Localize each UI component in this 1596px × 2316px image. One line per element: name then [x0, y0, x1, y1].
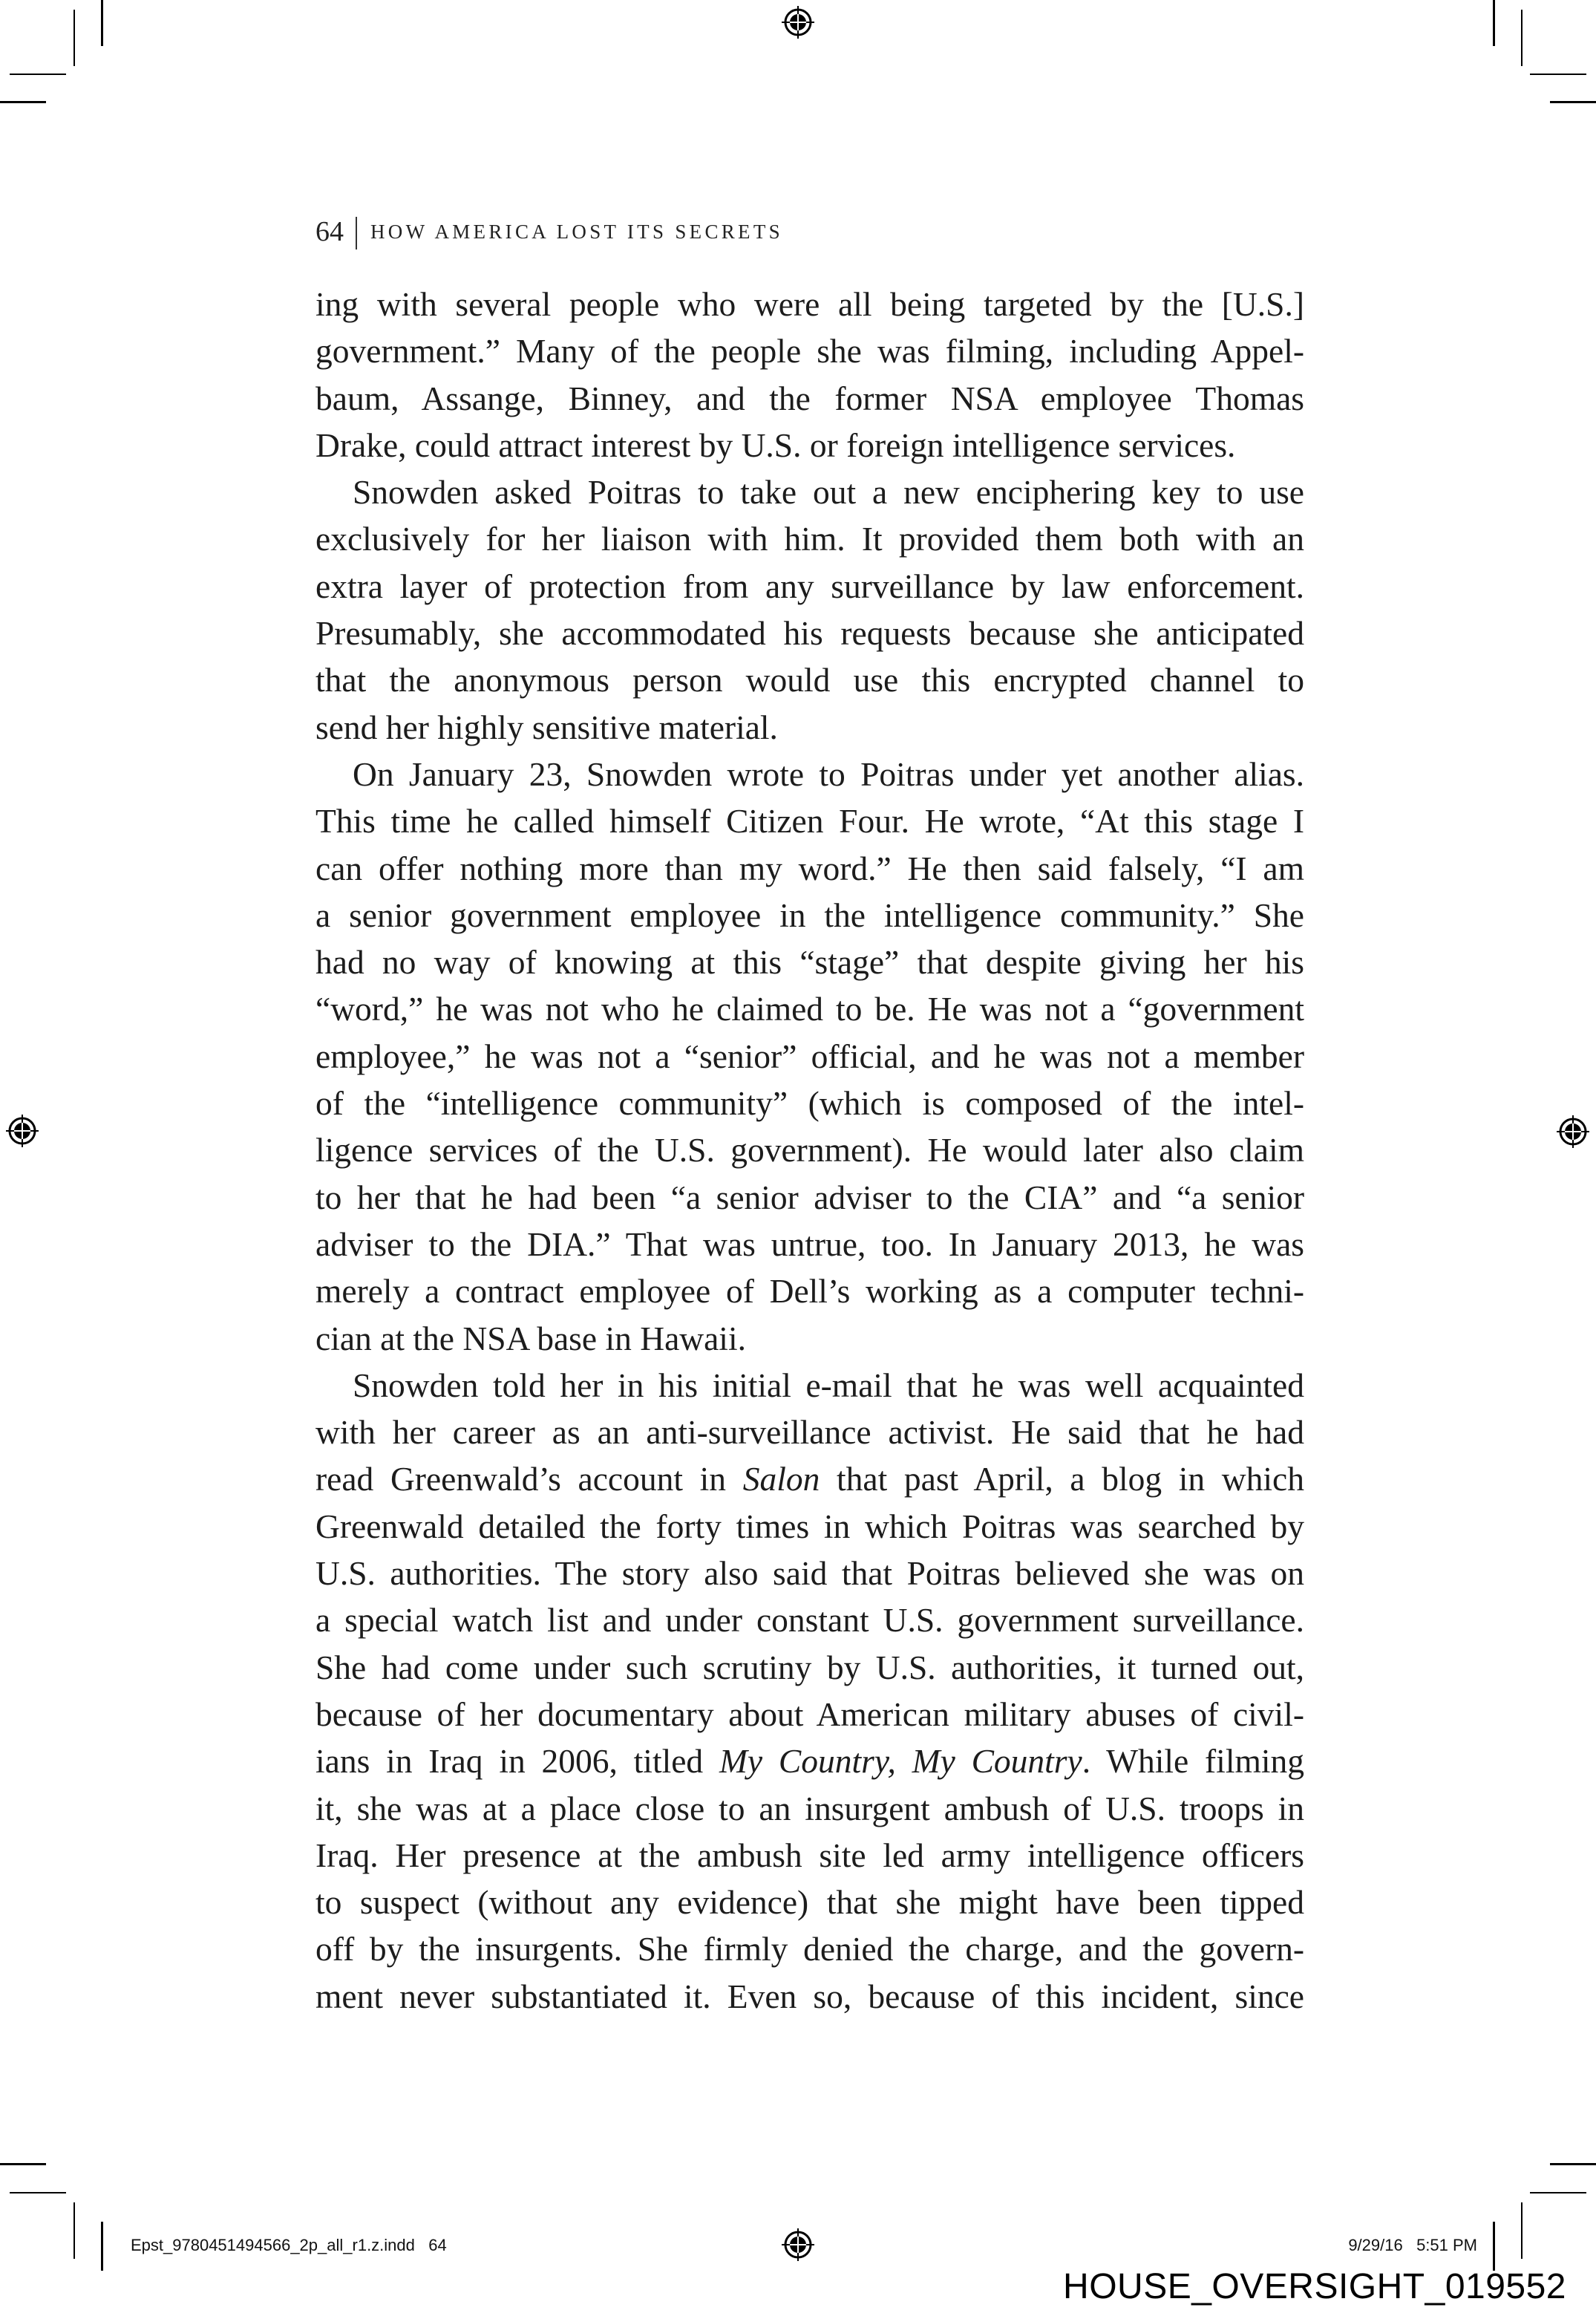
crop-mark-icon	[1493, 0, 1495, 46]
text-line: with her career as an anti-surveillance …	[315, 1409, 1304, 1455]
text-line: Snowden asked Poitras to take out a new …	[315, 469, 1304, 515]
slug-time: 5:51 PM	[1416, 2236, 1477, 2254]
crop-mark-icon	[1530, 2192, 1586, 2193]
body-text: ing with several people who were all bei…	[315, 281, 1304, 2020]
crop-mark-icon	[0, 101, 46, 103]
text-line: adviser to the DIA.” That was untrue, to…	[315, 1221, 1304, 1268]
italic-title: Salon	[743, 1460, 820, 1498]
text-line: read Greenwald’s account in Salon that p…	[315, 1455, 1304, 1502]
text-line: send her highly sensitive material.	[315, 704, 1304, 751]
book-title: how america lost its secrets	[370, 217, 783, 247]
text-line: off by the insurgents. She firmly denied…	[315, 1925, 1304, 1972]
text-line: Snowden told her in his initial e-mail t…	[315, 1362, 1304, 1409]
printer-slug-timestamp: 9/29/16 5:51 PM	[1348, 2236, 1477, 2255]
page-number: 64	[315, 217, 344, 247]
text-line: to suspect (without any evidence) that s…	[315, 1879, 1304, 1925]
text-line: a senior government employee in the inte…	[315, 892, 1304, 939]
text-line: baum, Assange, Binney, and the former NS…	[315, 375, 1304, 422]
text-line: cian at the NSA base in Hawaii.	[315, 1315, 1304, 1362]
crop-mark-icon	[1493, 2222, 1495, 2271]
crop-mark-icon	[1521, 2202, 1523, 2259]
text-line: of the “intelligence community” (which i…	[315, 1080, 1304, 1126]
crop-mark-icon	[101, 2222, 103, 2271]
running-head-divider	[356, 217, 357, 249]
registration-target-icon	[782, 6, 814, 39]
text-line: employee,” he was not a “senior” officia…	[315, 1033, 1304, 1080]
text-line: She had come under such scrutiny by U.S.…	[315, 1644, 1304, 1691]
text-line: Iraq. Her presence at the ambush site le…	[315, 1832, 1304, 1879]
crop-mark-icon	[1550, 101, 1596, 103]
crop-mark-icon	[0, 2163, 46, 2165]
crop-mark-icon	[10, 2192, 66, 2193]
text-line: government.” Many of the people she was …	[315, 327, 1304, 374]
text-line: merely a contract employee of Dell’s wor…	[315, 1268, 1304, 1314]
text-line: a special watch list and under constant …	[315, 1596, 1304, 1643]
text-line: Greenwald detailed the forty times in wh…	[315, 1503, 1304, 1550]
running-head: 64 how america lost its secrets	[315, 209, 783, 247]
slug-page: 64	[428, 2236, 446, 2254]
slug-date: 9/29/16	[1348, 2236, 1402, 2254]
registration-target-icon	[6, 1115, 39, 1147]
text-line: “word,” he was not who he claimed to be.…	[315, 985, 1304, 1032]
text-line: that the anonymous person would use this…	[315, 656, 1304, 703]
printer-slug-file: Epst_9780451494566_2p_all_r1.z.indd 64	[131, 2236, 447, 2255]
text-line: because of her documentary about America…	[315, 1691, 1304, 1738]
text-line: U.S. authorities. The story also said th…	[315, 1550, 1304, 1596]
registration-target-icon	[1557, 1115, 1589, 1148]
text-line: ing with several people who were all bei…	[315, 281, 1304, 327]
text-line: On January 23, Snowden wrote to Poitras …	[315, 751, 1304, 797]
text-line: exclusively for her liaison with him. It…	[315, 515, 1304, 562]
crop-mark-icon	[73, 2202, 75, 2259]
slug-filename: Epst_9780451494566_2p_all_r1.z.indd	[131, 2236, 415, 2254]
registration-target-icon	[782, 2228, 814, 2261]
text-line: extra layer of protection from any surve…	[315, 563, 1304, 610]
text-line: Drake, could attract interest by U.S. or…	[315, 422, 1304, 469]
text-line: ment never substantiated it. Even so, be…	[315, 1973, 1304, 2020]
crop-mark-icon	[1521, 10, 1523, 66]
text-line: had no way of knowing at this “stage” th…	[315, 939, 1304, 985]
text-line: to her that he had been “a senior advise…	[315, 1174, 1304, 1221]
text-line: ians in Iraq in 2006, titled My Country,…	[315, 1738, 1304, 1784]
text-line: This time he called himself Citizen Four…	[315, 797, 1304, 844]
bates-stamp: HOUSE_OVERSIGHT_019552	[1063, 2267, 1566, 2307]
crop-mark-icon	[10, 74, 66, 75]
text-line: ligence services of the U.S. government)…	[315, 1126, 1304, 1173]
crop-mark-icon	[1550, 2163, 1596, 2165]
crop-mark-icon	[1530, 74, 1586, 75]
crop-mark-icon	[73, 10, 75, 66]
text-line: it, she was at a place close to an insur…	[315, 1785, 1304, 1832]
italic-title: My Country, My Country	[719, 1742, 1082, 1780]
text-line: Presumably, she accommodated his request…	[315, 610, 1304, 656]
crop-mark-icon	[101, 0, 103, 46]
text-line: can offer nothing more than my word.” He…	[315, 845, 1304, 892]
